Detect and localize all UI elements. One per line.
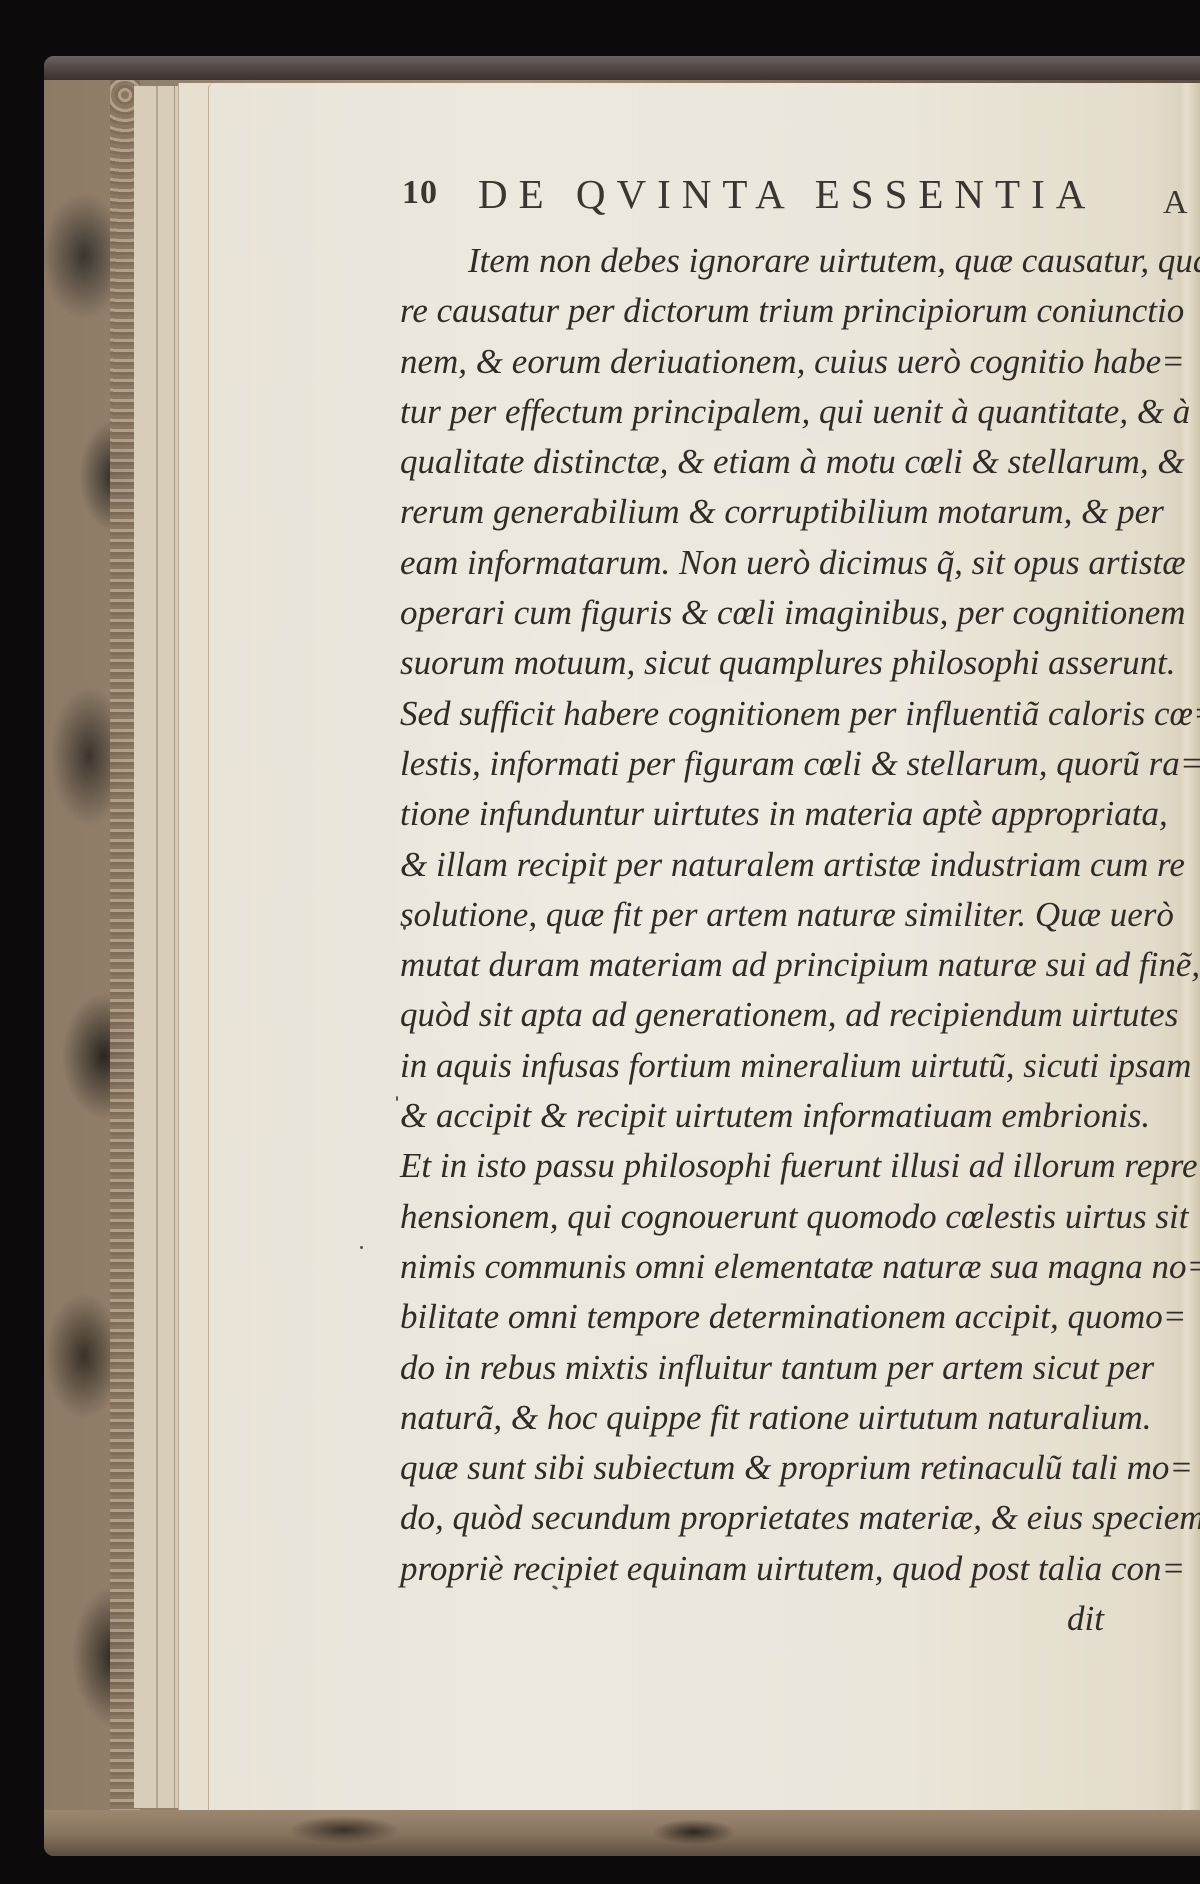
paper-speck xyxy=(360,1246,363,1249)
text-line: quòd sit apta ad generationem, ad recipi… xyxy=(400,990,1200,1040)
text-line: bilitate omni tempore determinationem ac… xyxy=(400,1292,1200,1342)
text-line: & illam recipit per naturalem artistæ in… xyxy=(400,840,1200,890)
text-line: nimis communis omni elementatæ naturæ su… xyxy=(400,1242,1200,1292)
book-cover-bottom-edge xyxy=(44,1810,1200,1856)
text-line: tione infunduntur uirtutes in materia ap… xyxy=(400,789,1200,839)
text-line: in aquis infusas fortium mineralium uirt… xyxy=(400,1041,1200,1091)
paper-speck xyxy=(396,1096,398,1101)
text-line: quæ sunt sibi subiectum & proprium retin… xyxy=(400,1443,1200,1493)
text-line: hensionem, qui cognouerunt quomodo cœles… xyxy=(400,1192,1200,1242)
body-text: Item non debes ignorare uirtutem, quæ ca… xyxy=(400,236,1200,1644)
paper-speck xyxy=(403,925,406,930)
running-title: DE QVINTA ESSENTIA xyxy=(478,170,1096,218)
page-number: 10 xyxy=(402,174,438,212)
book-cover-top-edge xyxy=(44,56,1200,80)
text-line: solutione, quæ fit per artem naturæ simi… xyxy=(400,890,1200,940)
text-line: do in rebus mixtis influitur tantum per … xyxy=(400,1343,1200,1393)
text-line: lestis, informati per figuram cœli & ste… xyxy=(400,739,1200,789)
text-line: suorum motuum, sicut quamplures philosop… xyxy=(400,638,1200,688)
text-line: eam informatarum. Non uerò dicimus q̃, s… xyxy=(400,538,1200,588)
text-line: tur per effectum principalem, qui uenit … xyxy=(400,387,1200,437)
text-line: Et in isto passu philosophi fuerunt illu… xyxy=(400,1141,1200,1191)
text-line: propriè recipiet equinam uirtutem, quod … xyxy=(400,1544,1200,1594)
text-line: nem, & eorum deriuationem, cuius uerò co… xyxy=(400,337,1200,387)
text-line: & accipit & recipit uirtutem informatiua… xyxy=(400,1091,1200,1141)
text-line: naturã, & hoc quippe fit ratione uirtutu… xyxy=(400,1393,1200,1443)
text-line: do, quòd secundum proprietates materiæ, … xyxy=(400,1493,1200,1543)
signature-mark: A xyxy=(1163,184,1188,222)
text-line: re causatur per dictorum trium principio… xyxy=(400,286,1200,336)
text-line: mutat duram materiam ad principium natur… xyxy=(400,940,1200,990)
text-line: operari cum figuris & cœli imaginibus, p… xyxy=(400,588,1200,638)
catchword: dit xyxy=(400,1594,1200,1644)
text-line: rerum generabilium & corruptibilium mota… xyxy=(400,487,1200,537)
text-line: Item non debes ignorare uirtutem, quæ ca… xyxy=(400,236,1200,286)
text-line: Sed sufficit habere cognitionem per infl… xyxy=(400,689,1200,739)
page-header: 10 DE QVINTA ESSENTIA xyxy=(402,170,1162,230)
text-line: qualitate distinctæ, & etiam à motu cœli… xyxy=(400,437,1200,487)
